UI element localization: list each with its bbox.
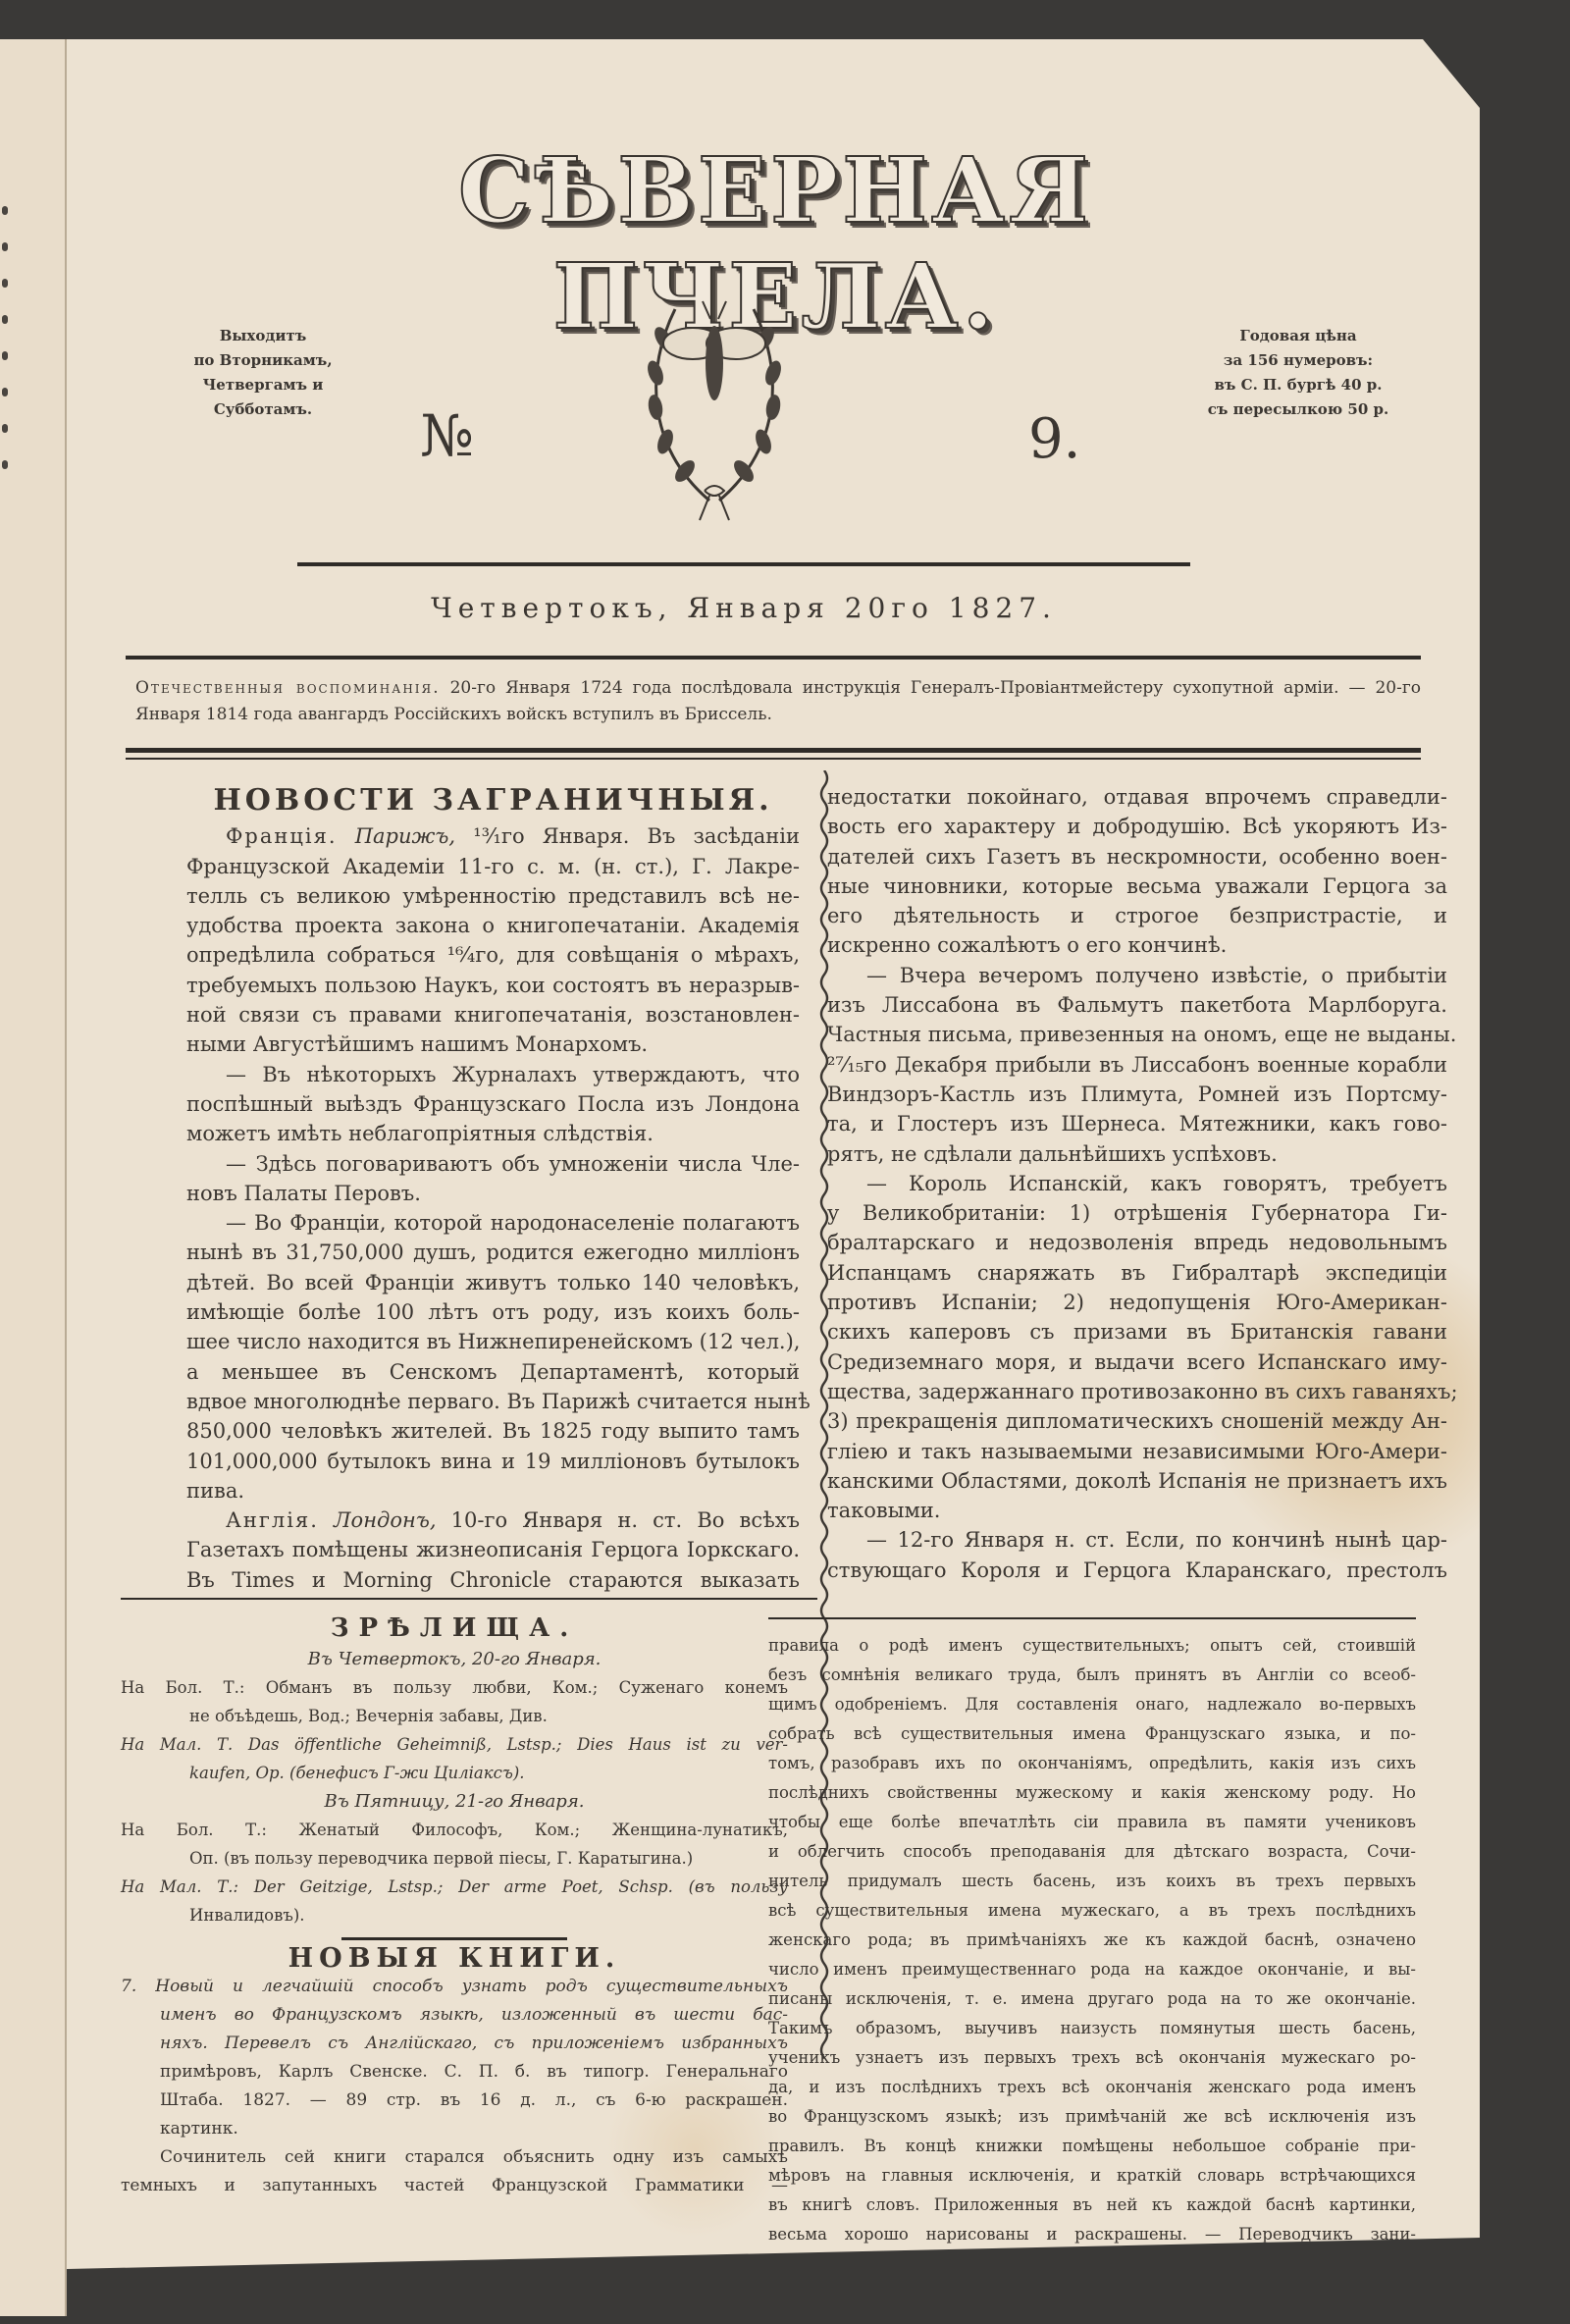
- theatre-entry-line: На Бол. Т.: Обманъ въ пользу любви, Ком.…: [121, 1673, 788, 1702]
- publication-days: Выходитъ по Вторникамъ, Четвергамъ и Суб…: [180, 324, 346, 422]
- text-line: ными Августѣйшимъ нашимъ Монархомъ.: [186, 1030, 800, 1059]
- publication-days-line: Выходитъ: [180, 324, 346, 348]
- text-line: та, и Глостеръ изъ Шернеса. Мятежники, к…: [827, 1109, 1447, 1138]
- historical-notes: Отечественныя воспоминанія. 20-го Января…: [135, 675, 1421, 728]
- foreign-news-column: НОВОСТИ ЗАГРАНИЧНЫЯ. Франція. Парижъ, ¹³…: [186, 782, 800, 1595]
- text-line: Испанцамъ снаряжать въ Гибралтарѣ экспед…: [827, 1258, 1447, 1288]
- book-review-line: нитель придумалъ шесть басень, изъ коихъ…: [768, 1867, 1416, 1896]
- text-line: бралтарскаго и недозволенія впредь недов…: [827, 1228, 1447, 1257]
- left-section-rule: [121, 1598, 817, 1600]
- text-line: новъ Палаты Перовъ.: [186, 1179, 800, 1208]
- theatres-heading: ЗРѢЛИЩА.: [121, 1614, 788, 1643]
- theatre-day: Въ Пятницу, 21-го Января.: [121, 1787, 788, 1816]
- text-line: — Вчера вечеромъ получено извѣстіе, о пр…: [827, 961, 1447, 990]
- book-review-line: Такимъ образомъ, выучивъ наизусть помяну…: [768, 2014, 1416, 2043]
- annual-price-line: за 156 нумеровъ:: [1185, 348, 1411, 373]
- text-line: Частныя письма, привезенныя на ономъ, ещ…: [827, 1020, 1447, 1049]
- dateline: ¹³⁄₁го Января.: [473, 824, 629, 848]
- date-rule: [126, 656, 1421, 660]
- text-line: вдвое многолюднѣе перваго. Въ Парижѣ счи…: [186, 1387, 800, 1416]
- text-line: удобства проекта закона о книгопечатаніи…: [186, 911, 800, 940]
- publication-days-line: Субботамъ.: [180, 397, 346, 422]
- historical-notes-lead: Отечественныя воспоминанія.: [135, 678, 441, 698]
- previous-page-text-fragments: [2, 206, 10, 618]
- book-review-line: безъ сомнѣнія великаго труда, былъ приня…: [768, 1661, 1416, 1690]
- issue-date: Четвертокъ, Января 20го 1827.: [302, 592, 1185, 624]
- annual-price-line: въ С. П. бургѣ 40 р.: [1185, 373, 1411, 397]
- theatres-and-books: ЗРѢЛИЩА. Въ Четвертокъ, 20-го Января. На…: [121, 1614, 788, 2200]
- books-short-rule: [341, 1937, 567, 1940]
- section-double-rule-thin: [126, 758, 1421, 760]
- text-line: Въ Times и Morning Chronicle стараются в…: [186, 1565, 800, 1595]
- theatre-entry-line: На Мал. Т.: Der Geitzige, Lstsp.; Der ar…: [121, 1873, 788, 1901]
- book-review-line: томъ, разобравъ ихъ по окончаніямъ, опре…: [768, 1749, 1416, 1778]
- country-name: Франція.: [226, 824, 338, 848]
- text-line: можетъ имѣть неблагопріятныя слѣдствія.: [186, 1119, 800, 1148]
- text-line: поспѣшный выѣздъ Французскаго Посла изъ …: [186, 1089, 800, 1119]
- text-line: ²⁷⁄₁₅го Декабря прибыли въ Лиссабонъ вое…: [827, 1050, 1447, 1080]
- text-line: вость его характеру и добродушію. Всѣ ук…: [827, 812, 1447, 841]
- book-review-line: собрать всѣ существительныя имена Францу…: [768, 1719, 1416, 1749]
- text-line: — Здѣсь поговариваютъ объ умноженіи числ…: [186, 1149, 800, 1179]
- book-review-line: да, и изъ послѣднихъ трехъ всѣ окончанія…: [768, 2073, 1416, 2102]
- text-line: ные чиновники, которые весьма уважали Ге…: [827, 871, 1447, 901]
- book-review-line: чтобы еще болѣе впечатлѣть сіи правила в…: [768, 1808, 1416, 1837]
- book-review-line: правилъ. Въ концѣ книжки помѣщены неболь…: [768, 2132, 1416, 2161]
- text-line: — Во Франціи, которой народонаселеніе по…: [186, 1208, 800, 1238]
- newspaper-page: СѢВЕРНАЯ ПЧЕЛА. Выходитъ по Вторникамъ, …: [67, 39, 1480, 2269]
- theatre-entry-line: не объѣдешь, Вод.; Вечернія забавы, Див.: [121, 1702, 788, 1730]
- book-review-continued: правила о родѣ именъ существительныхъ; о…: [768, 1631, 1416, 2249]
- theatre-entry-line: kaufen, Op. (бенефисъ Г-жи Циліаксъ).: [121, 1759, 788, 1787]
- section-double-rule: [126, 748, 1421, 753]
- text-line: щества, задержаннаго противозаконно въ с…: [827, 1377, 1447, 1406]
- text-line: пива.: [186, 1476, 800, 1505]
- book-review-line: темныхъ и запутанныхъ частей Французской…: [121, 2172, 788, 2200]
- issue-number: 9.: [1028, 407, 1080, 471]
- text-line: — Король Испанскій, какъ говорятъ, требу…: [827, 1169, 1447, 1198]
- book-entry-line: няхъ. Перевелъ съ Англійскаго, съ прилож…: [121, 2030, 788, 2058]
- text-line: скихъ каперовъ съ призами въ Британскія …: [827, 1317, 1447, 1347]
- book-review-line: женскаго рода; въ примѣчаніяхъ же къ каж…: [768, 1926, 1416, 1955]
- text-line: требуемыхъ пользою Наукъ, кои состоятъ в…: [186, 971, 800, 1000]
- city-name: Парижъ,: [355, 824, 455, 848]
- text-line: 3) прекращенія дипломатическихъ сношеній…: [827, 1406, 1447, 1436]
- book-entry-line: Штаба. 1827. — 89 стр. въ 16 д. л., съ 6…: [121, 2086, 788, 2115]
- text-line: Французской Академіи 11-го с. м. (н. ст.…: [186, 852, 800, 881]
- book-review-line: и облегчить способъ преподаванія для дѣт…: [768, 1837, 1416, 1867]
- text-line: 850,000 человѣкъ жителей. Въ 1825 году в…: [186, 1416, 800, 1446]
- text-fragment: Новый и легчайшій способъ узнать родъ су…: [155, 1977, 788, 1996]
- book-review-line: щимъ одобреніемъ. Для составленія онаго,…: [768, 1690, 1416, 1719]
- text-line: опредѣлила собраться ¹⁶⁄₄го, для совѣщан…: [186, 940, 800, 970]
- book-review-line: число именъ преимущественнаго рода на ка…: [768, 1955, 1416, 1984]
- text-line: дѣтей. Во всей Франціи живутъ только 140…: [186, 1268, 800, 1297]
- text-fragment: Въ засѣданіи: [648, 824, 800, 848]
- issue-number-label: №: [420, 402, 474, 469]
- text-line: нынѣ въ 31,750,000 душъ, родится ежегодн…: [186, 1238, 800, 1267]
- text-line: недостатки покойнаго, отдавая впрочемъ с…: [827, 782, 1447, 812]
- book-review-line: писаны исключенія, т. е. имена другаго р…: [768, 1984, 1416, 2014]
- text-line: противъ Испаніи; 2) недопущенія Юго-Амер…: [827, 1288, 1447, 1317]
- book-entry-line: картинк.: [121, 2115, 788, 2143]
- book-review-line: ученикъ узнаетъ изъ первыхъ трехъ всѣ ок…: [768, 2043, 1416, 2073]
- text-line: таковыми.: [827, 1496, 1447, 1525]
- text-fragment: 10-го Января н. ст. Во всѣхъ: [451, 1508, 800, 1532]
- text-line: гліею и такъ называемыми независимыми Юг…: [827, 1437, 1447, 1466]
- text-line: шее число находится въ Нижнепиренейскомъ…: [186, 1327, 800, 1356]
- numero-sign: №: [420, 402, 474, 469]
- theatre-entry-line: Оп. (въ пользу переводчика первой піесы,…: [121, 1844, 788, 1873]
- text-line: дателей сихъ Газетъ въ нескромности, осо…: [827, 842, 1447, 871]
- text-line: изъ Лиссабона въ Фальмутъ пакетбота Марл…: [827, 990, 1447, 1020]
- text-line: ной связи съ правами книгопечатанія, воз…: [186, 1000, 800, 1030]
- text-line: Виндзоръ-Кастль изъ Плимута, Ромней изъ …: [827, 1080, 1447, 1109]
- text-line: Средиземнаго моря, и выдачи всего Испанс…: [827, 1347, 1447, 1377]
- text-line: телль съ великою умѣренностію представил…: [186, 881, 800, 911]
- book-review-line: во Французскомъ языкѣ; изъ примѣчаній же…: [768, 2102, 1416, 2132]
- publication-days-line: по Вторникамъ,: [180, 348, 346, 373]
- theatre-entry-line: На Мал. Т. Das öffentliche Geheimniß, Ls…: [121, 1730, 788, 1759]
- theatre-entry-line: На Бол. Т.: Женатый Философъ, Ком.; Женщ…: [121, 1816, 788, 1844]
- text-line: имѣющіе болѣе 100 лѣтъ отъ роду, изъ кои…: [186, 1297, 800, 1327]
- annual-price-line: Годовая цѣна: [1185, 324, 1411, 348]
- text-line: Газетахъ помѣщены жизнеописанія Герцога …: [186, 1535, 800, 1564]
- book-review-line: послѣднихъ свойственны мужескому и какія…: [768, 1778, 1416, 1808]
- bee-wreath-emblem-icon: [616, 290, 812, 525]
- book-review-line: весьма хорошо нарисованы и раскрашены. —…: [768, 2220, 1416, 2249]
- masthead-rule: [297, 562, 1190, 566]
- previous-page-edge: [0, 39, 67, 2316]
- text-line: у Великобританіи: 1) отрѣшенія Губернато…: [827, 1198, 1447, 1228]
- theatre-entry-line: Инвалидовъ).: [121, 1901, 788, 1929]
- news-continued-column: недостатки покойнаго, отдавая впрочемъ с…: [827, 782, 1447, 1585]
- book-review-line: мѣровъ на главныя исключенія, и краткій …: [768, 2161, 1416, 2191]
- book-entry-line: примѣровъ, Карлъ Свенске. С. П. б. въ ти…: [121, 2058, 788, 2086]
- text-line: Франція. Парижъ, ¹³⁄₁го Января. Въ засѣд…: [186, 821, 800, 851]
- text-line: — Въ нѣкоторыхъ Журналахъ утверждаютъ, ч…: [186, 1060, 800, 1089]
- text-line: рятъ, не сдѣлали дальнѣйшихъ успѣховъ.: [827, 1139, 1447, 1169]
- text-line: искренно сожалѣютъ о его кончинѣ.: [827, 930, 1447, 960]
- annual-price-line: съ пересылкою 50 р.: [1185, 397, 1411, 422]
- text-line: а меньшее въ Сенскомъ Департаментѣ, кото…: [186, 1357, 800, 1387]
- book-entry-line: именъ во Французскомъ языкѣ, изложенный …: [121, 2001, 788, 2030]
- text-line: канскими Областями, доколѣ Испанія не пр…: [827, 1466, 1447, 1496]
- text-line: — 12-го Января н. ст. Если, по кончинѣ н…: [827, 1525, 1447, 1555]
- text-line: Англія. Лондонъ, 10-го Января н. ст. Во …: [186, 1505, 800, 1535]
- text-line: 101,000,000 бутылокъ вина и 19 милліонов…: [186, 1447, 800, 1476]
- country-name: Англія.: [226, 1508, 319, 1532]
- city-name: Лондонъ,: [334, 1508, 436, 1532]
- right-section-rule: [768, 1617, 1416, 1619]
- book-review-line: всѣ существительныя имена мужескаго, а в…: [768, 1896, 1416, 1926]
- book-entry-line: 7. Новый и легчайшій способъ узнать родъ…: [121, 1973, 788, 2001]
- book-entry-number: 7.: [121, 1977, 136, 1996]
- book-review-line: Сочинитель сей книги старался объяснить …: [121, 2143, 788, 2172]
- text-line: ствующаго Короля и Герцога Кларанскаго, …: [827, 1556, 1447, 1585]
- book-review-line: правила о родѣ именъ существительныхъ; о…: [768, 1631, 1416, 1661]
- theatre-day: Въ Четвертокъ, 20-го Января.: [121, 1645, 788, 1673]
- foreign-news-heading: НОВОСТИ ЗАГРАНИЧНЫЯ.: [186, 786, 800, 816]
- new-books-heading: НОВЫЯ КНИГИ.: [121, 1944, 788, 1973]
- text-line: его дѣятельность и строгое безпристрасті…: [827, 901, 1447, 930]
- annual-price: Годовая цѣна за 156 нумеровъ: въ С. П. б…: [1185, 324, 1411, 422]
- publication-days-line: Четвергамъ и: [180, 373, 346, 397]
- book-review-line: въ книгѣ словъ. Приложенныя въ ней къ ка…: [768, 2191, 1416, 2220]
